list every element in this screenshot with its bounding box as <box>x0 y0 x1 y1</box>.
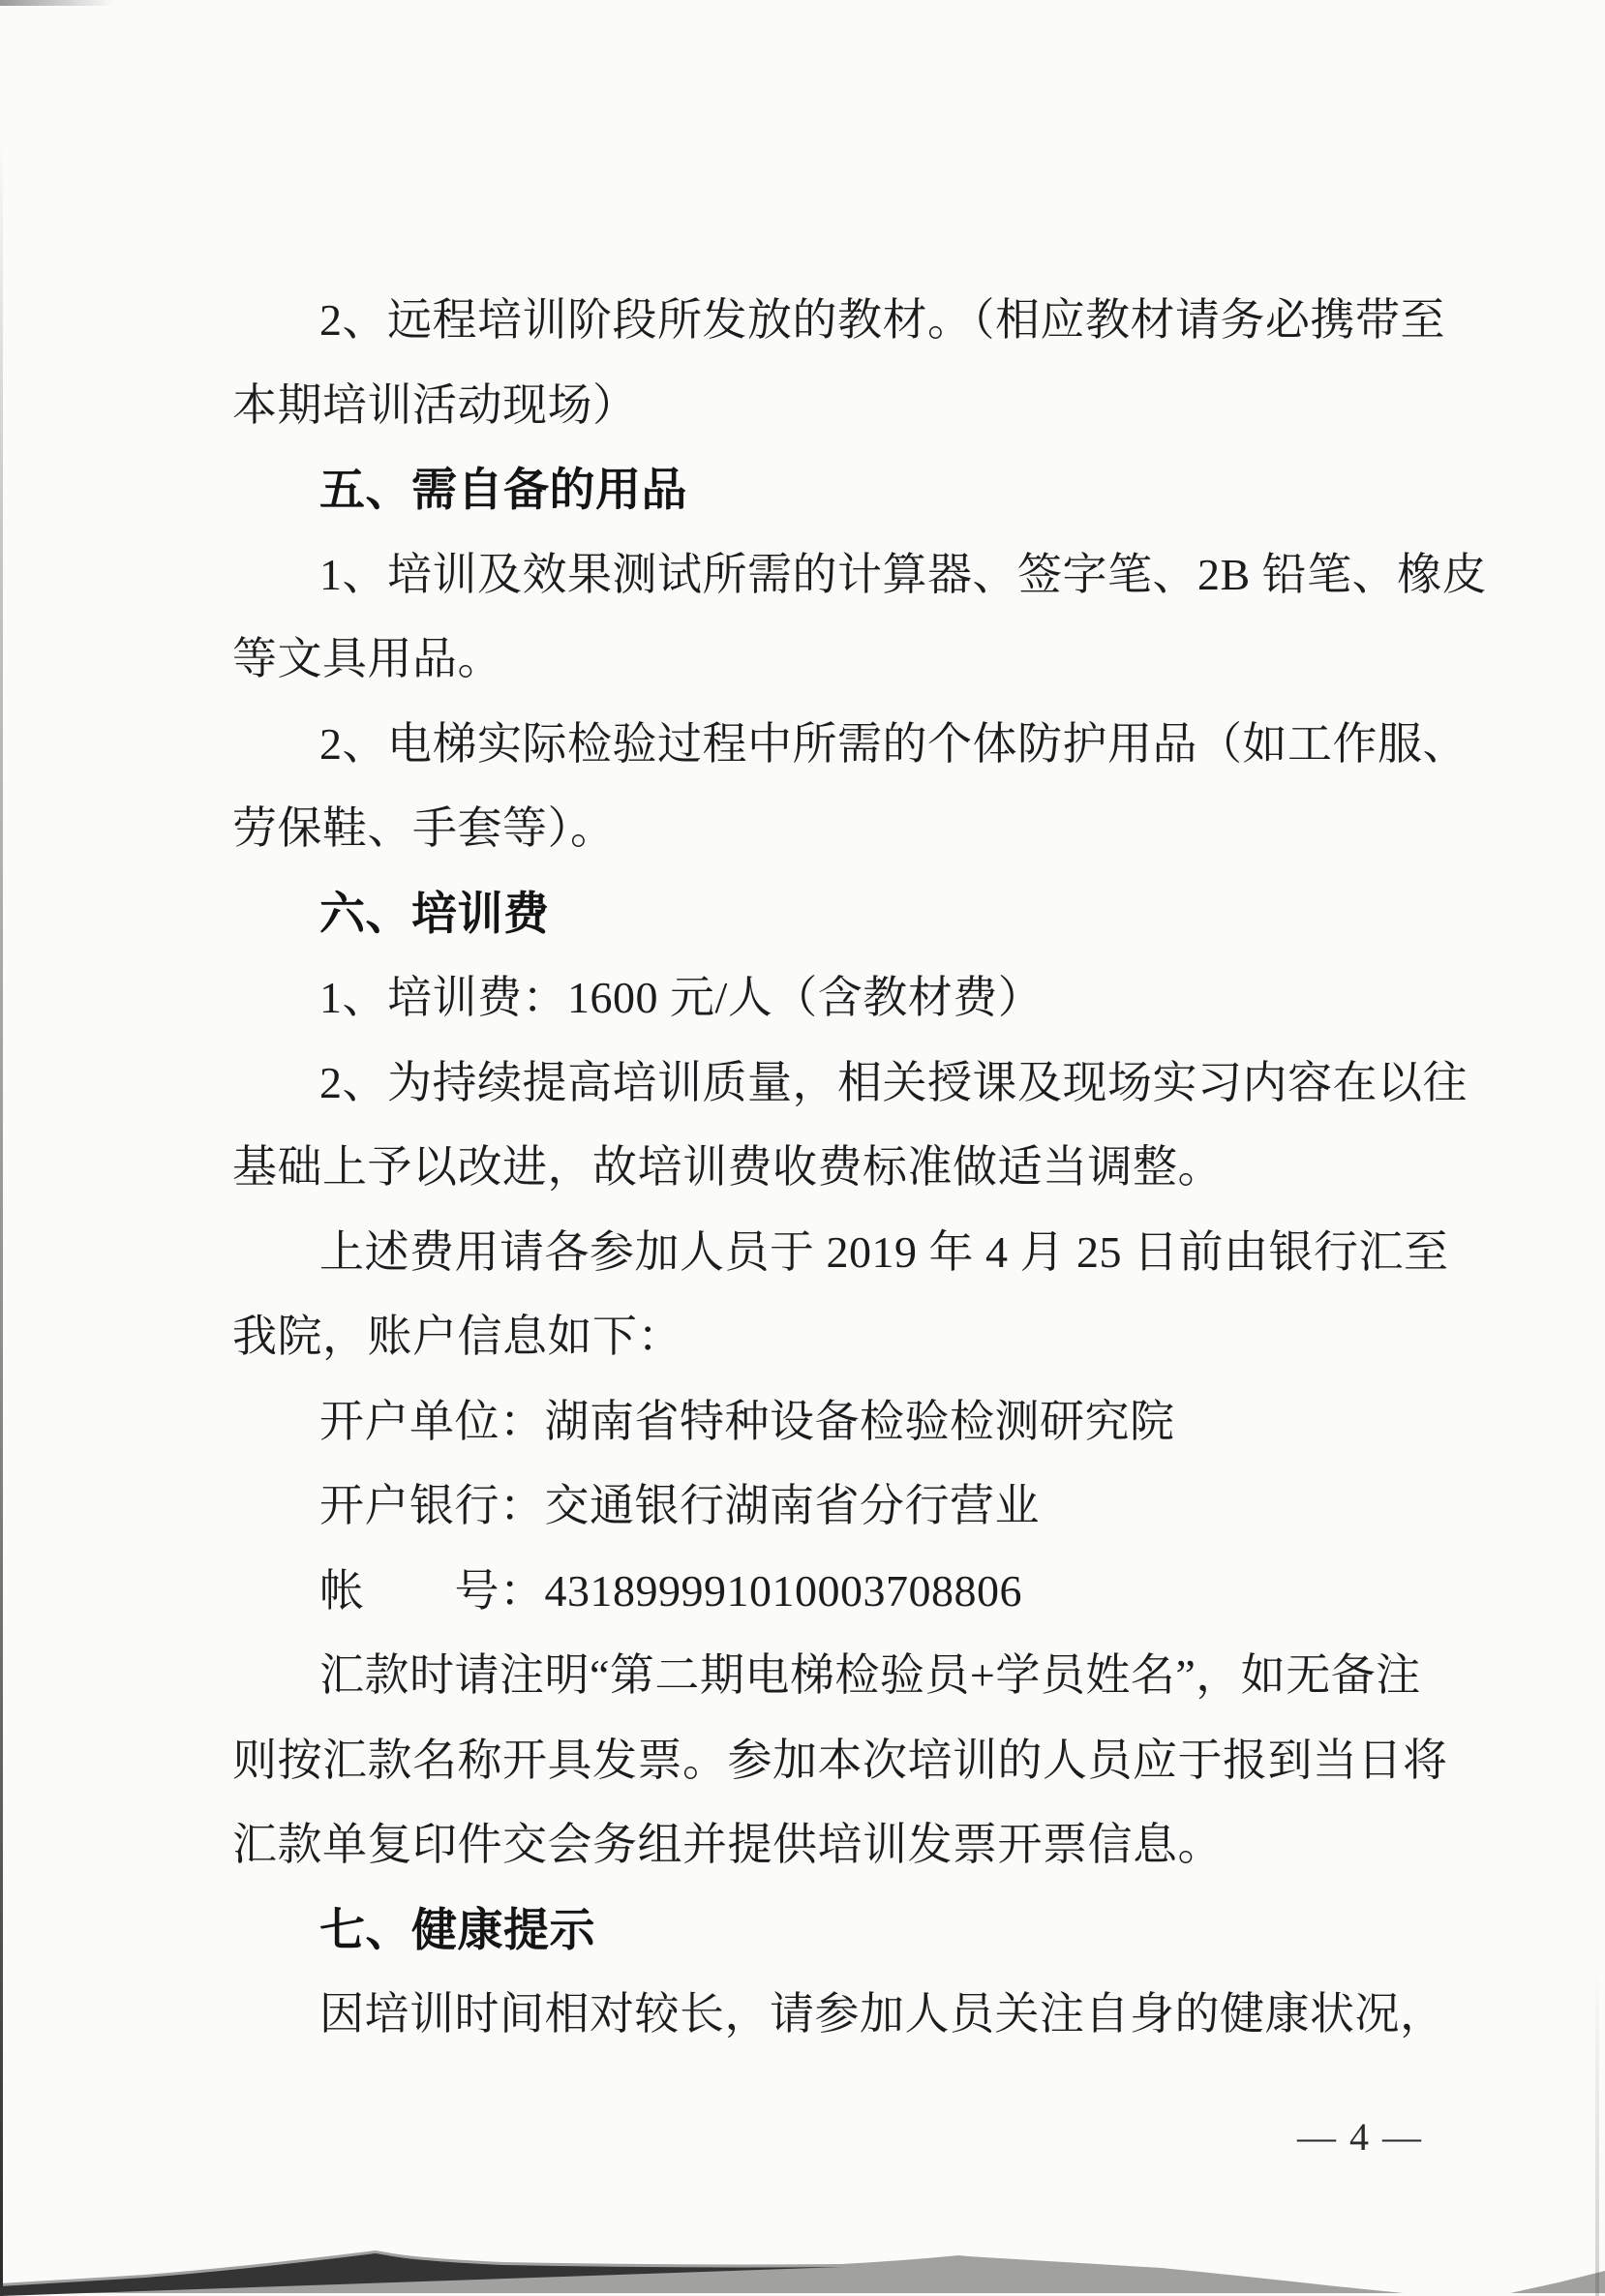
text-line: 2、电梯实际检验过程中所需的个体防护用品（如工作服、 <box>232 702 1444 787</box>
account-holder-line: 开户单位：湖南省特种设备检验检测研究院 <box>232 1379 1444 1465</box>
scan-edge-line-right <box>1595 1965 1599 2296</box>
page-number: — 4 — <box>1278 2110 1442 2164</box>
text-line: 1、培训及效果测试所需的计算器、签字笔、2B 铅笔、橡皮 <box>232 532 1444 618</box>
text-line: 汇款时请注明“第二期电梯检验员+学员姓名”，如无备注 <box>232 1633 1444 1718</box>
scan-edge-shadow-bottom <box>0 2248 1605 2296</box>
text-line: 2、为持续提高培训质量，相关授课及现场实习内容在以往 <box>232 1041 1444 1126</box>
text-line: 1、培训费：1600 元/人（含教材费） <box>232 955 1444 1041</box>
text-line: 劳保鞋、手套等）。 <box>232 786 1444 871</box>
bank-name-line: 开户银行：交通银行湖南省分行营业 <box>232 1464 1444 1549</box>
account-number-line: 帐 号：431899991010003708806 <box>232 1549 1444 1634</box>
section-heading-7: 七、健康提示 <box>232 1888 1444 1973</box>
scan-edge-line-left <box>0 136 3 2296</box>
section-heading-5: 五、需自备的用品 <box>232 447 1444 532</box>
document-body: 2、远程培训阶段所发放的教材。（相应教材请务必携带至 本期培训活动现场） 五、需… <box>232 278 1444 2057</box>
text-line: 因培训时间相对较长，请参加人员关注自身的健康状况， <box>232 1972 1444 2057</box>
section-heading-6: 六、培训费 <box>232 871 1444 956</box>
text-line: 我院，账户信息如下： <box>232 1294 1444 1379</box>
text-line: 上述费用请各参加人员于 2019 年 4 月 25 日前由银行汇至 <box>232 1210 1444 1295</box>
text-line: 等文具用品。 <box>232 617 1444 702</box>
text-line: 2、远程培训阶段所发放的教材。（相应教材请务必携带至 <box>232 278 1444 363</box>
text-line: 基础上予以改进，故培训费收费标准做适当调整。 <box>232 1125 1444 1210</box>
scan-smudge-top-left <box>0 0 114 6</box>
text-line: 则按汇款名称开具发票。参加本次培训的人员应于报到当日将 <box>232 1718 1444 1803</box>
text-line: 汇款单复印件交会务组并提供培训发票开票信息。 <box>232 1802 1444 1888</box>
document-page: 2、远程培训阶段所发放的教材。（相应教材请务必携带至 本期培训活动现场） 五、需… <box>0 0 1605 2296</box>
text-line: 本期培训活动现场） <box>232 363 1444 448</box>
